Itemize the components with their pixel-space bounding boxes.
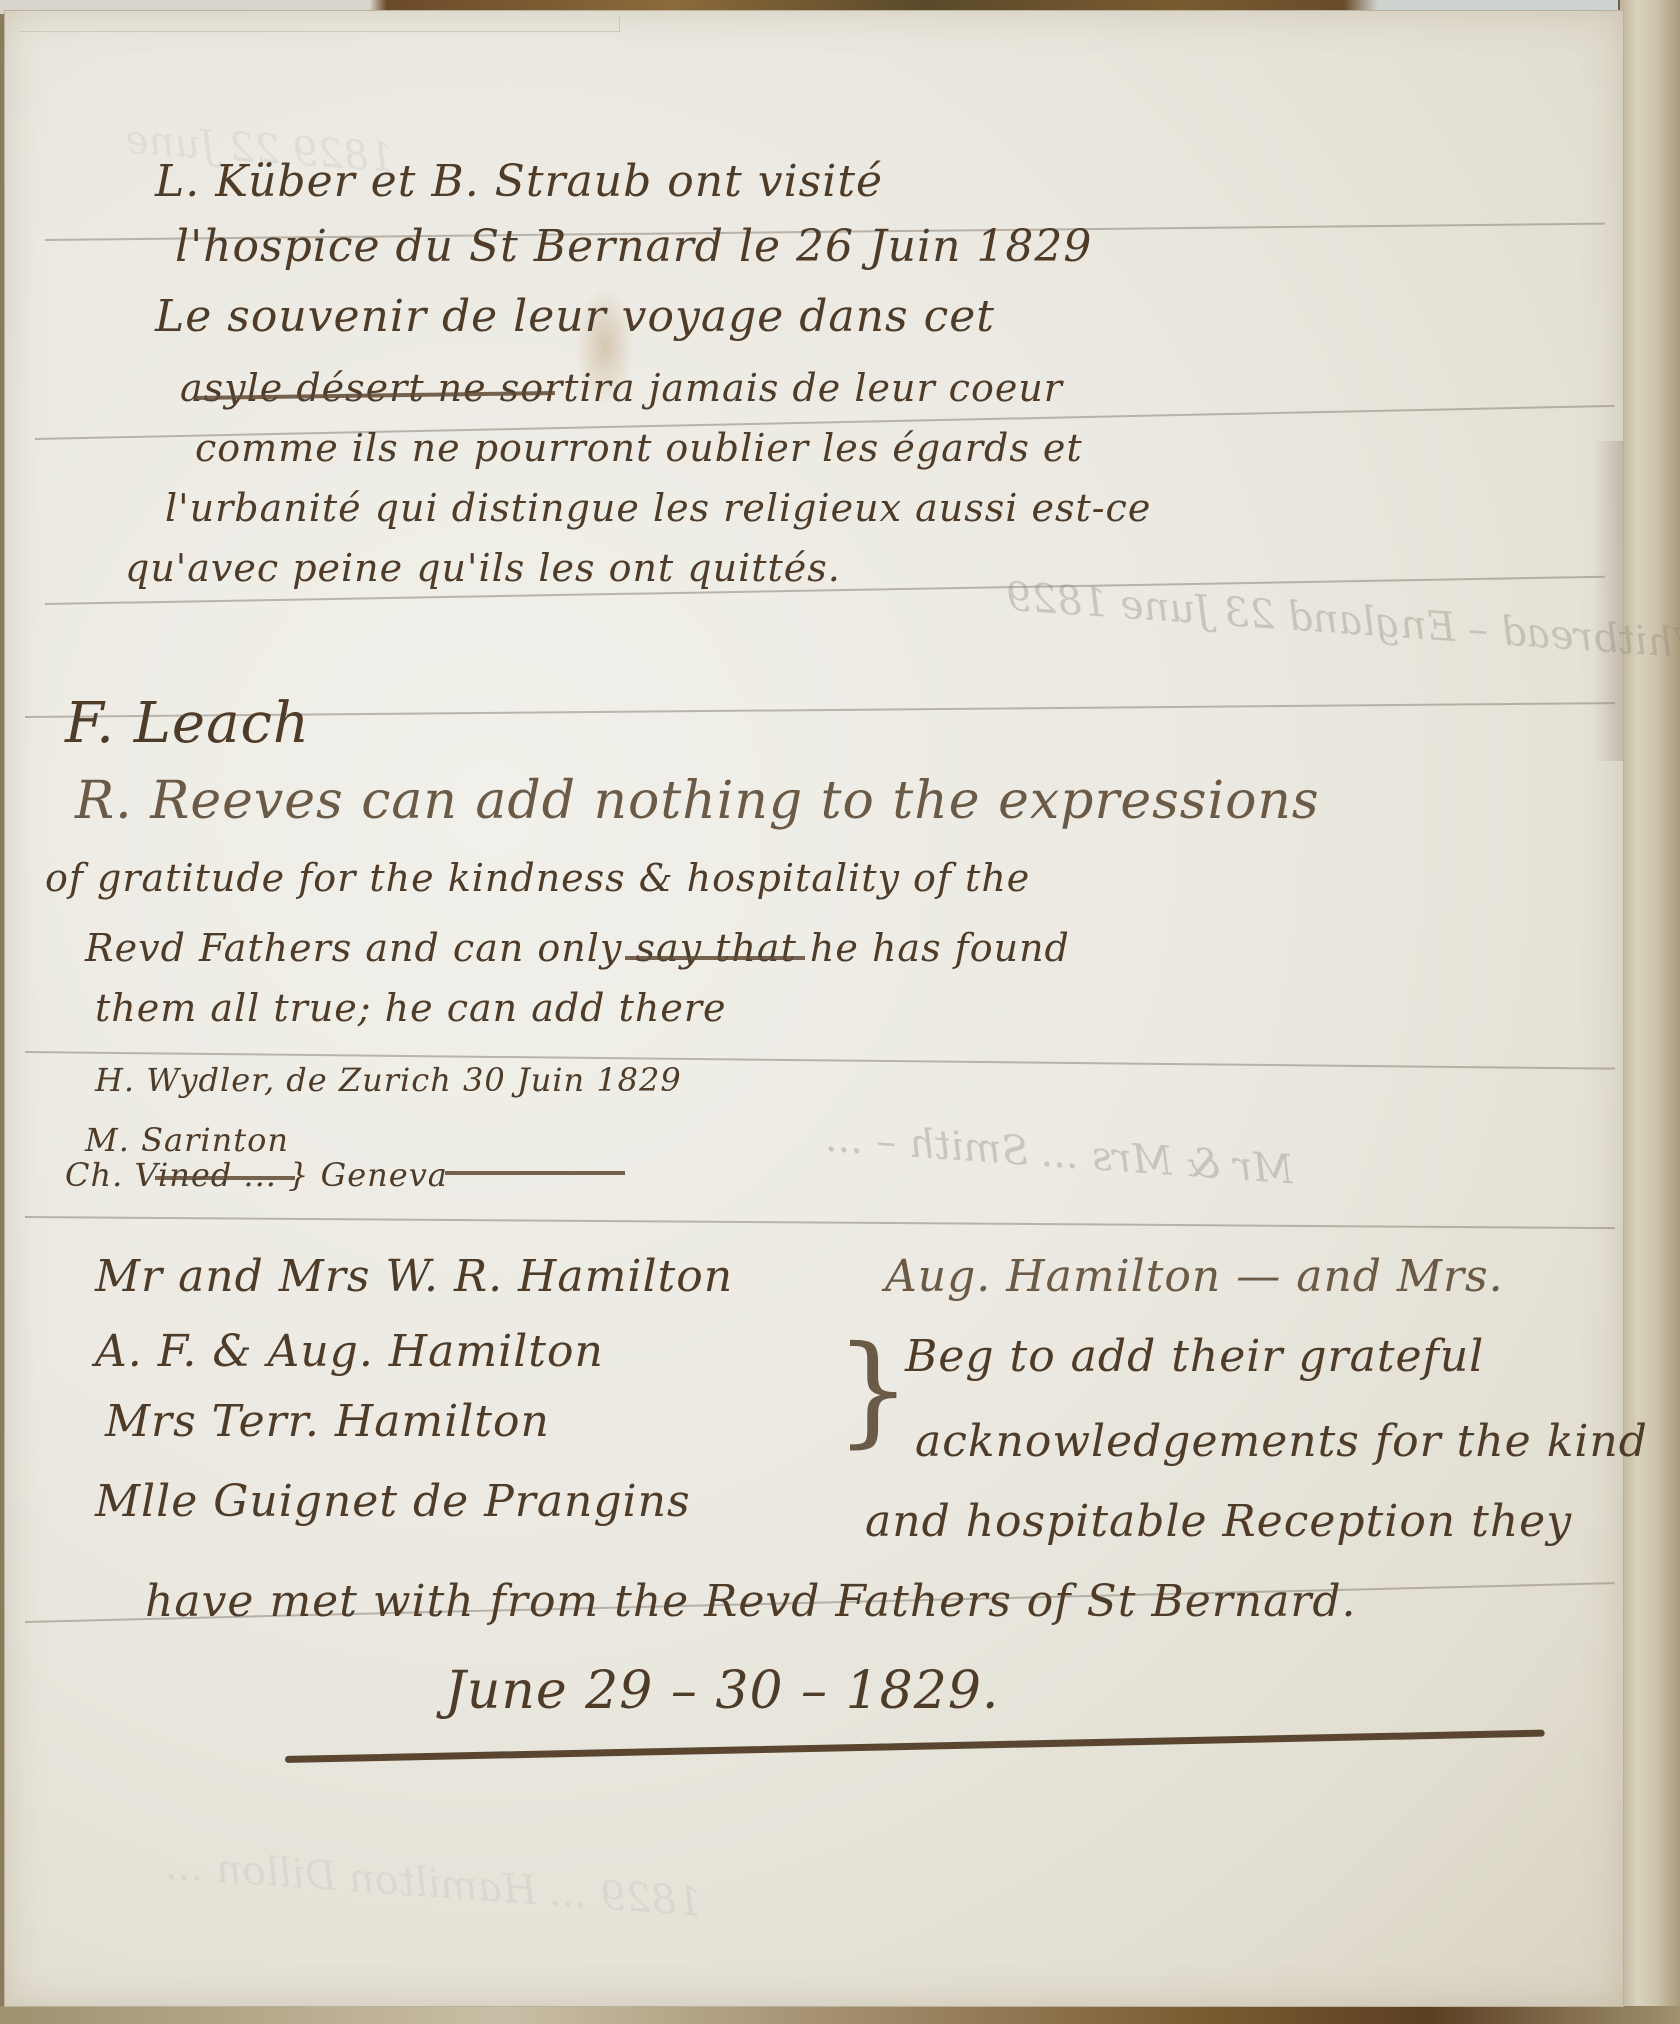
- closing-ink-rule: [285, 1730, 1545, 1763]
- entry-3-line-3: Revd Fathers and can only say that he ha…: [85, 926, 1070, 970]
- entry-3-line-4: them all true; he can add there: [95, 986, 726, 1030]
- entry-6-name-3: Mrs Terr. Hamilton: [105, 1396, 550, 1447]
- strikethrough: [625, 956, 805, 960]
- ruled-line: [25, 1216, 1615, 1229]
- book-binding-right: [1618, 0, 1680, 2024]
- entry-1-line-3: Le souvenir de leur voyage dans cet: [155, 291, 995, 342]
- manuscript-page: Mr Whitbread – England 23 June 1829 1829…: [4, 10, 1624, 2007]
- entry-2-signature: F. Leach: [65, 691, 310, 756]
- entry-1-line-6: l'urbanité qui distingue les religieux a…: [165, 486, 1151, 530]
- bleed-through-text: Mr & Mrs ... Smith – ...: [824, 1115, 1295, 1194]
- strikethrough: [155, 1176, 295, 1180]
- entry-1-line-4: asyle désert ne sortira jamais de leur c…: [180, 366, 1063, 410]
- brace-bracket: }: [835, 1331, 911, 1451]
- entry-6-text-3: and hospitable Reception they: [865, 1496, 1572, 1547]
- book-cover-bottom-edge: [0, 2006, 1680, 2024]
- entry-6-name-1: Mr and Mrs W. R. Hamilton: [95, 1251, 733, 1302]
- entry-4-line-1: H. Wydler, de Zurich 30 Juin 1829: [95, 1061, 682, 1099]
- entry-3-line-1: R. Reeves can add nothing to the express…: [75, 771, 1320, 831]
- entry-5-line-1: M. Sarinton: [85, 1121, 289, 1159]
- entry-1-line-7: qu'avec peine qu'ils les ont quittés.: [125, 546, 841, 590]
- entry-5-line-2: Ch. Vined ... } Geneva: [65, 1156, 448, 1194]
- entry-6-name-4: Mlle Guignet de Prangins: [95, 1476, 691, 1527]
- entry-6-text-2: acknowledgements for the kind: [915, 1416, 1648, 1467]
- entry-6-date: June 29 – 30 – 1829.: [445, 1661, 999, 1721]
- entry-6-name-2: A. F. & Aug. Hamilton: [95, 1326, 604, 1377]
- entry-6-text-1: Beg to add their grateful: [905, 1331, 1484, 1382]
- entry-6-extra-names: Aug. Hamilton — and Mrs.: [885, 1251, 1504, 1302]
- bleed-through-text: Mr Whitbread – England 23 June 1829: [1004, 574, 1680, 674]
- bleed-through-text: 1829 ... Hamilton Dillon ...: [164, 1842, 703, 1925]
- entry-1-line-5: comme ils ne pourront oublier les égards…: [195, 426, 1083, 470]
- entry-1-line-1: L. Küber et B. Straub ont visité: [155, 156, 883, 207]
- page-fold: [19, 15, 620, 32]
- entry-6-text-4: have met with from the Revd Fathers of S…: [145, 1576, 1357, 1627]
- torn-page-edge: [1593, 441, 1623, 761]
- entry-1-line-2: l'hospice du St Bernard le 26 Juin 1829: [175, 221, 1092, 272]
- entry-3-line-2: of gratitude for the kindness & hospital…: [45, 856, 1030, 900]
- strikethrough: [445, 1171, 625, 1175]
